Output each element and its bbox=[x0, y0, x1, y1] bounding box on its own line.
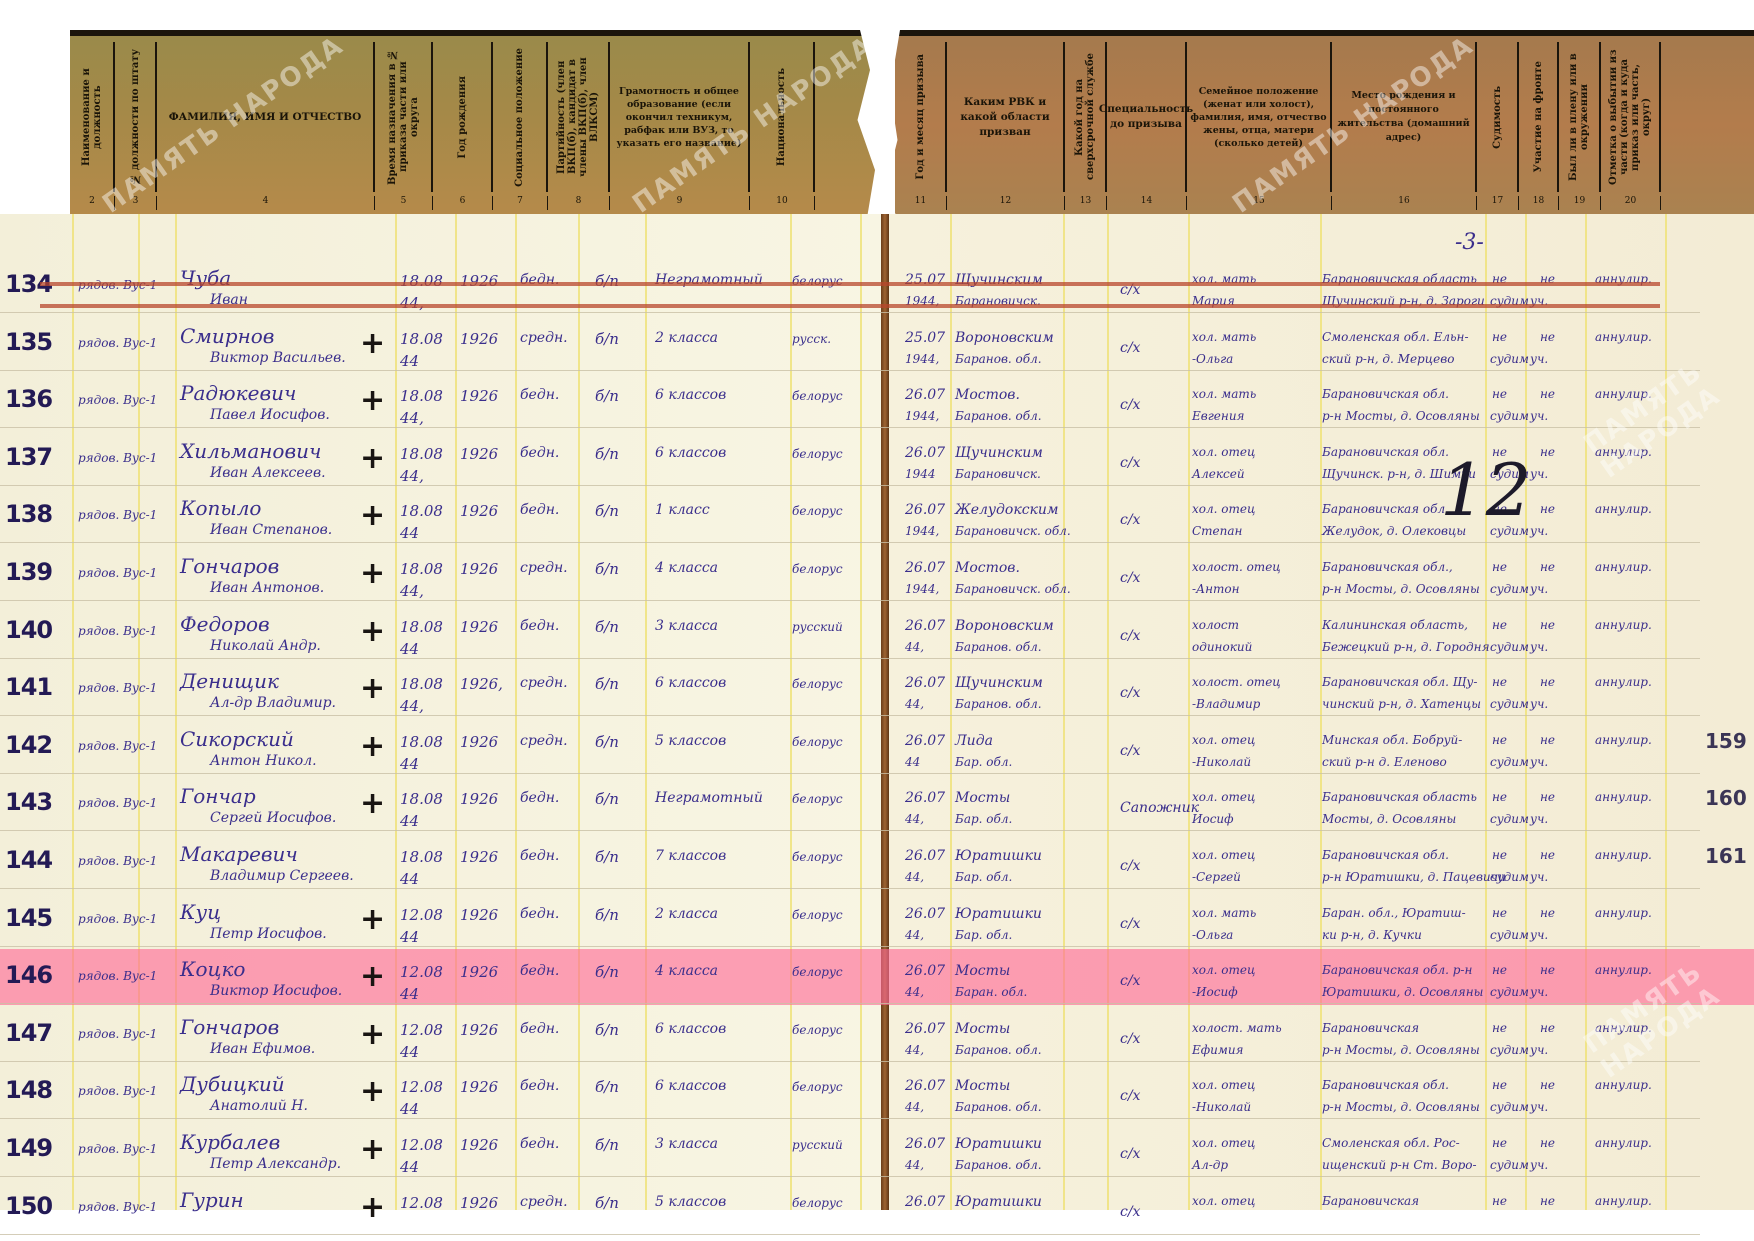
specialty-cell: с/х bbox=[1120, 397, 1140, 413]
nationality-cell: русск. bbox=[792, 332, 831, 346]
rvk-cell: Щучинским bbox=[955, 445, 1043, 461]
conviction-cell-2: судим bbox=[1490, 812, 1529, 826]
rvk-cell: Мосты bbox=[955, 1078, 1010, 1094]
education-cell: 2 класса bbox=[655, 330, 718, 346]
departure-cell: аннулир. bbox=[1595, 906, 1652, 920]
rank-cell: рядов. Вус-1 bbox=[78, 393, 157, 407]
rvk-region-cell: Баранов. обл. bbox=[955, 1158, 1042, 1172]
social-status-cell: средн. bbox=[520, 330, 568, 346]
rank-cell: рядов. Вус-1 bbox=[78, 508, 157, 522]
rank-cell: рядов. Вус-1 bbox=[78, 969, 157, 983]
rank-cell: рядов. Вус-1 bbox=[78, 681, 157, 695]
row-divider bbox=[0, 370, 1700, 371]
header-col-19: Был ли в плену или в окружении bbox=[1559, 42, 1601, 192]
departure-cell: аннулир. bbox=[1595, 675, 1652, 689]
given-name-cell: Иван Алексеев. bbox=[210, 465, 326, 481]
table-row: 136рядов. Вус-1РадюкевичПавел Иосифов.18… bbox=[0, 373, 1754, 429]
departure-cell: аннулир. bbox=[1595, 963, 1652, 977]
family-cell: хол. отец bbox=[1192, 445, 1255, 459]
conviction-cell: не bbox=[1492, 675, 1507, 689]
given-name-cell: Иван Степанов. bbox=[210, 522, 332, 538]
front-cell-2: уч. bbox=[1530, 582, 1548, 596]
header-col-number: 5 bbox=[375, 196, 433, 210]
nationality-cell: белорус bbox=[792, 792, 843, 806]
nationality-cell: русский bbox=[792, 1138, 843, 1152]
rvk-cell: Юратишки bbox=[955, 906, 1042, 922]
rank-cell: рядов. Вус-1 bbox=[78, 1142, 157, 1156]
assigned-date-cell: 18.08 bbox=[400, 790, 443, 808]
cross-mark: + bbox=[360, 556, 385, 591]
specialty-cell: с/х bbox=[1120, 1088, 1140, 1104]
education-cell: 2 класса bbox=[655, 906, 718, 922]
surname-cell: Курбалев bbox=[180, 1130, 280, 1154]
rvk-cell: Вороновским bbox=[955, 330, 1054, 346]
birthplace-address-cell: ищенский р-н Ст. Воро- bbox=[1322, 1158, 1477, 1172]
row-divider bbox=[0, 1118, 1700, 1119]
row-number: 141 bbox=[5, 673, 52, 701]
cross-mark: + bbox=[360, 902, 385, 937]
nationality-cell: белорус bbox=[792, 677, 843, 691]
family-cell: хол. отец bbox=[1192, 1194, 1255, 1208]
assigned-date-cell: 12.08 bbox=[400, 906, 443, 924]
social-status-cell: бедн. bbox=[520, 963, 559, 979]
rvk-region-cell: Бар. обл. bbox=[955, 870, 1012, 884]
header-col-number: 11 bbox=[895, 196, 947, 210]
front-cell: не bbox=[1540, 675, 1555, 689]
surname-cell: Гончаров bbox=[180, 554, 279, 578]
assigned-year-cell: 44 bbox=[400, 985, 419, 1003]
row-number: 139 bbox=[5, 558, 52, 586]
rvk-region-cell: Бар. обл. bbox=[955, 755, 1012, 769]
assigned-year-cell: 44 bbox=[400, 1043, 419, 1061]
party-cell: б/п bbox=[595, 618, 619, 636]
given-name-cell: Антон Никол. bbox=[210, 753, 317, 769]
family-name-cell: -Ольга bbox=[1192, 928, 1233, 942]
specialty-cell: с/х bbox=[1120, 1204, 1140, 1220]
education-cell: 5 классов bbox=[655, 733, 726, 749]
rvk-cell: Мостов. bbox=[955, 387, 1020, 403]
row-divider bbox=[0, 312, 1700, 313]
header-col-8: Партийность (член ВКП(б), кандидат в чле… bbox=[548, 42, 610, 192]
rvk-cell: Вороновским bbox=[955, 618, 1054, 634]
draft-year-cell: 44, bbox=[905, 812, 924, 826]
conviction-cell-2: судим bbox=[1490, 1158, 1529, 1172]
table-row: 144рядов. Вус-1МакаревичВладимир Сергеев… bbox=[0, 834, 1754, 890]
party-cell: б/п bbox=[595, 560, 619, 578]
birthplace-cell: Смоленская обл. Рос- bbox=[1322, 1136, 1460, 1150]
family-name-cell: Ал-др bbox=[1192, 1158, 1228, 1172]
birth-year-cell: 1926 bbox=[460, 733, 498, 751]
birthplace-cell: Минская обл. Бобруй- bbox=[1322, 733, 1462, 747]
surname-cell: Коцко bbox=[180, 957, 245, 981]
table-row: 150рядов. Вус-1Гурин12.081926средн.б/п5 … bbox=[0, 1180, 1754, 1236]
header-col-4: ФАМИЛИЯ, ИМЯ И ОТЧЕСТВО bbox=[157, 42, 375, 192]
surname-cell: Чуба bbox=[180, 266, 231, 290]
social-status-cell: бедн. bbox=[520, 445, 559, 461]
education-cell: 6 классов bbox=[655, 387, 726, 403]
surname-cell: Гончар bbox=[180, 784, 256, 808]
nationality-cell: белорус bbox=[792, 504, 843, 518]
family-name-cell: одинокий bbox=[1192, 640, 1252, 654]
rvk-region-cell: Баранов. обл. bbox=[955, 1043, 1042, 1057]
given-name-cell: Иван Ефимов. bbox=[210, 1041, 315, 1057]
education-cell: 6 классов bbox=[655, 445, 726, 461]
social-status-cell: бедн. bbox=[520, 848, 559, 864]
surname-cell: Федоров bbox=[180, 612, 270, 636]
row-number: 149 bbox=[5, 1134, 52, 1162]
assigned-year-cell: 44, bbox=[400, 582, 424, 600]
family-cell: хол. мать bbox=[1192, 387, 1256, 401]
front-cell-2: уч. bbox=[1530, 812, 1548, 826]
assigned-year-cell: 44 bbox=[400, 524, 419, 542]
assigned-year-cell: 44 bbox=[400, 640, 419, 658]
front-cell-2: уч. bbox=[1530, 1100, 1548, 1114]
assigned-date-cell: 12.08 bbox=[400, 1194, 443, 1212]
conviction-cell: не bbox=[1492, 1021, 1507, 1035]
header-col-14: Специальность до призыва bbox=[1107, 42, 1187, 192]
family-cell: холост. мать bbox=[1192, 1021, 1282, 1035]
row-number: 135 bbox=[5, 328, 52, 356]
row-divider bbox=[0, 773, 1700, 774]
draft-year-cell: 44, bbox=[905, 985, 924, 999]
party-cell: б/п bbox=[595, 963, 619, 981]
table-row: 145рядов. Вус-1КуцПетр Иосифов.12.084419… bbox=[0, 892, 1754, 948]
specialty-cell: с/х bbox=[1120, 685, 1140, 701]
front-cell: не bbox=[1540, 790, 1555, 804]
front-cell: не bbox=[1540, 618, 1555, 632]
draft-date-cell: 26.07 bbox=[905, 502, 945, 518]
header-col-number: 18 bbox=[1519, 196, 1559, 210]
birth-year-cell: 1926 bbox=[460, 1136, 498, 1154]
family-cell: хол. отец bbox=[1192, 502, 1255, 516]
header-col-5: Время назначения в № приказа части или о… bbox=[375, 42, 433, 192]
family-cell: хол. отец bbox=[1192, 848, 1255, 862]
rvk-region-cell: Баранов. обл. bbox=[955, 640, 1042, 654]
conviction-cell-2: судим bbox=[1490, 582, 1529, 596]
given-name-cell: Петр Александр. bbox=[210, 1156, 341, 1172]
row-divider bbox=[0, 542, 1700, 543]
social-status-cell: бедн. bbox=[520, 618, 559, 634]
birthplace-address-cell: ский р-н, д. Мерцево bbox=[1322, 352, 1454, 366]
cross-mark: + bbox=[360, 959, 385, 994]
draft-year-cell: 1944, bbox=[905, 409, 939, 423]
draft-date-cell: 26.07 bbox=[905, 675, 945, 691]
family-cell: хол. отец bbox=[1192, 1136, 1255, 1150]
front-cell: не bbox=[1540, 733, 1555, 747]
assigned-date-cell: 12.08 bbox=[400, 963, 443, 981]
header-col-20: Отметка о выбытии из части (когда и куда… bbox=[1601, 42, 1661, 192]
rank-cell: рядов. Вус-1 bbox=[78, 912, 157, 926]
birthplace-cell: Барановичская обл. bbox=[1322, 387, 1449, 401]
margin-number: 160 bbox=[1705, 786, 1747, 810]
family-name-cell: -Ольга bbox=[1192, 352, 1233, 366]
front-cell: не bbox=[1540, 330, 1555, 344]
draft-date-cell: 26.07 bbox=[905, 1136, 945, 1152]
conviction-cell: не bbox=[1492, 560, 1507, 574]
cross-mark: + bbox=[360, 383, 385, 418]
front-cell-2: уч. bbox=[1530, 1043, 1548, 1057]
specialty-cell: Сапожник bbox=[1120, 800, 1199, 816]
education-cell: 6 классов bbox=[655, 1078, 726, 1094]
handwritten-annotation: 12 bbox=[1440, 448, 1532, 532]
social-status-cell: бедн. bbox=[520, 1021, 559, 1037]
birth-year-cell: 1926 bbox=[460, 906, 498, 924]
specialty-cell: с/х bbox=[1120, 743, 1140, 759]
row-divider bbox=[0, 1234, 1700, 1235]
front-cell-2: уч. bbox=[1530, 928, 1548, 942]
conviction-cell: не bbox=[1492, 733, 1507, 747]
margin-number: 161 bbox=[1705, 844, 1747, 868]
education-cell: 7 классов bbox=[655, 848, 726, 864]
rank-cell: рядов. Вус-1 bbox=[78, 1084, 157, 1098]
given-name-cell: Владимир Сергеев. bbox=[210, 868, 354, 884]
party-cell: б/п bbox=[595, 387, 619, 405]
social-status-cell: бедн. bbox=[520, 1136, 559, 1152]
conviction-cell: не bbox=[1492, 848, 1507, 862]
rvk-cell: Мосты bbox=[955, 963, 1010, 979]
birthplace-cell: Барановичская bbox=[1322, 1021, 1419, 1035]
front-cell: не bbox=[1540, 560, 1555, 574]
birthplace-address-cell: р-н Мосты, д. Осовляны bbox=[1322, 582, 1480, 596]
social-status-cell: бедн. bbox=[520, 387, 559, 403]
family-cell: холост. отец bbox=[1192, 560, 1281, 574]
party-cell: б/п bbox=[595, 848, 619, 866]
row-divider bbox=[0, 1176, 1700, 1177]
row-divider bbox=[0, 1061, 1700, 1062]
birth-year-cell: 1926 bbox=[460, 445, 498, 463]
education-cell: 4 класса bbox=[655, 963, 718, 979]
given-name-cell: Виктор Васильев. bbox=[210, 350, 346, 366]
family-name-cell: -Владимир bbox=[1192, 697, 1260, 711]
conviction-cell: не bbox=[1492, 387, 1507, 401]
header-col-7: Социальное положение bbox=[493, 42, 548, 192]
rank-cell: рядов. Вус-1 bbox=[78, 739, 157, 753]
specialty-cell: с/х bbox=[1120, 570, 1140, 586]
rvk-region-cell: Баранов. обл. bbox=[955, 1100, 1042, 1114]
party-cell: б/п bbox=[595, 1136, 619, 1154]
row-number: 150 bbox=[5, 1192, 52, 1220]
draft-year-cell: 44, bbox=[905, 697, 924, 711]
nationality-cell: белорус bbox=[792, 850, 843, 864]
family-name-cell: Евгения bbox=[1192, 409, 1245, 423]
draft-date-cell: 26.07 bbox=[905, 963, 945, 979]
row-divider bbox=[0, 715, 1700, 716]
cross-mark: + bbox=[360, 786, 385, 821]
nationality-cell: русский bbox=[792, 620, 843, 634]
assigned-date-cell: 18.08 bbox=[400, 848, 443, 866]
nationality-cell: белорус bbox=[792, 447, 843, 461]
surname-cell: Куц bbox=[180, 900, 221, 924]
table-row: 148рядов. Вус-1ДубицкийАнатолий Н.12.084… bbox=[0, 1064, 1754, 1120]
departure-cell: аннулир. bbox=[1595, 733, 1652, 747]
specialty-cell: с/х bbox=[1120, 1031, 1140, 1047]
rvk-region-cell: Баранов. обл. bbox=[955, 409, 1042, 423]
row-number: 148 bbox=[5, 1076, 52, 1104]
assigned-date-cell: 18.08 bbox=[400, 445, 443, 463]
family-cell: холост. отец bbox=[1192, 675, 1281, 689]
row-number: 137 bbox=[5, 443, 52, 471]
family-name-cell: -Иосиф bbox=[1192, 985, 1238, 999]
party-cell: б/п bbox=[595, 906, 619, 924]
conviction-cell-2: судим bbox=[1490, 755, 1529, 769]
surname-cell: Гурин bbox=[180, 1188, 244, 1212]
surname-cell: Дубицкий bbox=[180, 1072, 285, 1096]
education-cell: 3 класса bbox=[655, 1136, 718, 1152]
assigned-date-cell: 12.08 bbox=[400, 1078, 443, 1096]
cross-mark: + bbox=[360, 1017, 385, 1052]
assigned-year-cell: 44 bbox=[400, 755, 419, 773]
nationality-cell: белорус bbox=[792, 965, 843, 979]
assigned-year-cell: 44 bbox=[400, 1100, 419, 1118]
birthplace-cell: Барановичская обл. bbox=[1322, 848, 1449, 862]
front-cell-2: уч. bbox=[1530, 697, 1548, 711]
assigned-year-cell: 44 bbox=[400, 812, 419, 830]
party-cell: б/п bbox=[595, 733, 619, 751]
given-name-cell: Петр Иосифов. bbox=[210, 926, 327, 942]
front-cell-2: уч. bbox=[1530, 640, 1548, 654]
social-status-cell: средн. bbox=[520, 1194, 568, 1210]
education-cell: 6 классов bbox=[655, 1021, 726, 1037]
family-name-cell: -Николай bbox=[1192, 755, 1251, 769]
family-cell: хол. мать bbox=[1192, 906, 1256, 920]
front-cell: не bbox=[1540, 1078, 1555, 1092]
cross-mark: + bbox=[360, 498, 385, 533]
header-band-right: Год и месяц призыва Каким РВК и какой об… bbox=[895, 30, 1754, 220]
assigned-year-cell: 44 bbox=[400, 870, 419, 888]
birth-year-cell: 1926, bbox=[460, 675, 503, 693]
rvk-cell: Щучинским bbox=[955, 675, 1043, 691]
header-col-18: Участие на фронте bbox=[1519, 42, 1559, 192]
assigned-date-cell: 18.08 bbox=[400, 502, 443, 520]
front-cell: не bbox=[1540, 1021, 1555, 1035]
birth-year-cell: 1926 bbox=[460, 330, 498, 348]
header-col-number: 19 bbox=[1559, 196, 1601, 210]
draft-year-cell: 44, bbox=[905, 928, 924, 942]
strikethrough-line bbox=[40, 304, 1660, 308]
cross-mark: + bbox=[360, 614, 385, 649]
table-row: 142рядов. Вус-1СикорскийАнтон Никол.18.0… bbox=[0, 719, 1754, 775]
nationality-cell: белорус bbox=[792, 908, 843, 922]
draft-date-cell: 25.07 bbox=[905, 330, 945, 346]
rvk-cell: Желудокским bbox=[955, 502, 1059, 518]
departure-cell: аннулир. bbox=[1595, 330, 1652, 344]
header-col-number: 20 bbox=[1601, 196, 1661, 210]
specialty-cell: с/х bbox=[1120, 916, 1140, 932]
education-cell: 4 класса bbox=[655, 560, 718, 576]
draft-date-cell: 26.07 bbox=[905, 618, 945, 634]
birthplace-cell: Барановичская область bbox=[1322, 790, 1477, 804]
birth-year-cell: 1926 bbox=[460, 618, 498, 636]
nationality-cell: белорус bbox=[792, 1080, 843, 1094]
rvk-region-cell: Баранов. обл. bbox=[955, 697, 1042, 711]
party-cell: б/п bbox=[595, 445, 619, 463]
conviction-cell-2: судим bbox=[1490, 1043, 1529, 1057]
nationality-cell: белорус bbox=[792, 562, 843, 576]
table-row: 140рядов. Вус-1ФедоровНиколай Андр.18.08… bbox=[0, 604, 1754, 660]
draft-year-cell: 1944, bbox=[905, 524, 939, 538]
family-name-cell: -Николай bbox=[1192, 1100, 1251, 1114]
family-name-cell: -Сергей bbox=[1192, 870, 1241, 884]
draft-year-cell: 44, bbox=[905, 1158, 924, 1172]
specialty-cell: с/х bbox=[1120, 628, 1140, 644]
given-name-cell: Сергей Иосифов. bbox=[210, 810, 336, 826]
draft-date-cell: 26.07 bbox=[905, 387, 945, 403]
birth-year-cell: 1926 bbox=[460, 560, 498, 578]
rvk-cell: Мосты bbox=[955, 790, 1010, 806]
family-name-cell: Ефимия bbox=[1192, 1043, 1244, 1057]
rvk-region-cell: Баранов. обл. bbox=[955, 352, 1042, 366]
cross-mark: + bbox=[360, 1132, 385, 1167]
draft-date-cell: 26.07 bbox=[905, 1021, 945, 1037]
header-col-6: Год рождения bbox=[433, 42, 493, 192]
nationality-cell: белорус bbox=[792, 389, 843, 403]
margin-number: 159 bbox=[1705, 729, 1747, 753]
assigned-year-cell: 44, bbox=[400, 697, 424, 715]
birth-year-cell: 1926 bbox=[460, 1021, 498, 1039]
table-row: 141рядов. Вус-1ДенищикАл-др Владимир.18.… bbox=[0, 661, 1754, 717]
birthplace-cell: Барановичская обл. bbox=[1322, 502, 1449, 516]
conviction-cell-2: судим bbox=[1490, 409, 1529, 423]
given-name-cell: Ал-др Владимир. bbox=[210, 695, 336, 711]
header-col-2: Наименование и должность bbox=[70, 42, 115, 192]
conviction-cell: не bbox=[1492, 790, 1507, 804]
departure-cell: аннулир. bbox=[1595, 560, 1652, 574]
cross-mark: + bbox=[360, 729, 385, 764]
assigned-year-cell: 44, bbox=[400, 294, 424, 312]
departure-cell: аннулир. bbox=[1595, 1136, 1652, 1150]
rvk-cell: Лида bbox=[955, 733, 993, 749]
birthplace-address-cell: ки р-н, д. Кучки bbox=[1322, 928, 1422, 942]
assigned-year-cell: 44, bbox=[400, 467, 424, 485]
specialty-cell: с/х bbox=[1120, 1146, 1140, 1162]
surname-cell: Гончаров bbox=[180, 1015, 279, 1039]
row-divider bbox=[0, 888, 1700, 889]
given-name-cell: Николай Андр. bbox=[210, 638, 321, 654]
birthplace-cell: Барановичская обл., bbox=[1322, 560, 1453, 574]
education-cell: 6 классов bbox=[655, 675, 726, 691]
assigned-date-cell: 18.08 bbox=[400, 387, 443, 405]
header-col-11: Год и месяц призыва bbox=[895, 42, 947, 192]
header-col-number: 10 bbox=[750, 196, 815, 210]
front-cell-2: уч. bbox=[1530, 985, 1548, 999]
table-row: 149рядов. Вус-1КурбалевПетр Александр.12… bbox=[0, 1122, 1754, 1178]
family-cell: хол. отец bbox=[1192, 790, 1255, 804]
header-col-12: Каким РВК и какой области призван bbox=[947, 42, 1065, 192]
surname-cell: Радюкевич bbox=[180, 381, 296, 405]
cross-mark: + bbox=[360, 1190, 385, 1225]
row-divider bbox=[0, 830, 1700, 831]
front-cell-2: уч. bbox=[1530, 524, 1548, 538]
specialty-cell: с/х bbox=[1120, 340, 1140, 356]
birthplace-cell: Барановичская обл. bbox=[1322, 1078, 1449, 1092]
front-cell-2: уч. bbox=[1530, 755, 1548, 769]
specialty-cell: с/х bbox=[1120, 512, 1140, 528]
education-cell: 3 класса bbox=[655, 618, 718, 634]
front-cell-2: уч. bbox=[1530, 1158, 1548, 1172]
table-row: 146рядов. Вус-1КоцкоВиктор Иосифов.12.08… bbox=[0, 949, 1754, 1005]
header-col-number: 8 bbox=[548, 196, 610, 210]
cross-mark: + bbox=[360, 326, 385, 361]
rank-cell: рядов. Вус-1 bbox=[78, 854, 157, 868]
family-cell: хол. мать bbox=[1192, 330, 1256, 344]
assigned-date-cell: 12.08 bbox=[400, 1021, 443, 1039]
draft-date-cell: 26.07 bbox=[905, 1078, 945, 1094]
page-number: -3- bbox=[1455, 230, 1484, 255]
front-cell: не bbox=[1540, 445, 1555, 459]
conviction-cell-2: судим bbox=[1490, 697, 1529, 711]
party-cell: б/п bbox=[595, 675, 619, 693]
birthplace-address-cell: р-н Мосты, д. Осовляны bbox=[1322, 1043, 1480, 1057]
